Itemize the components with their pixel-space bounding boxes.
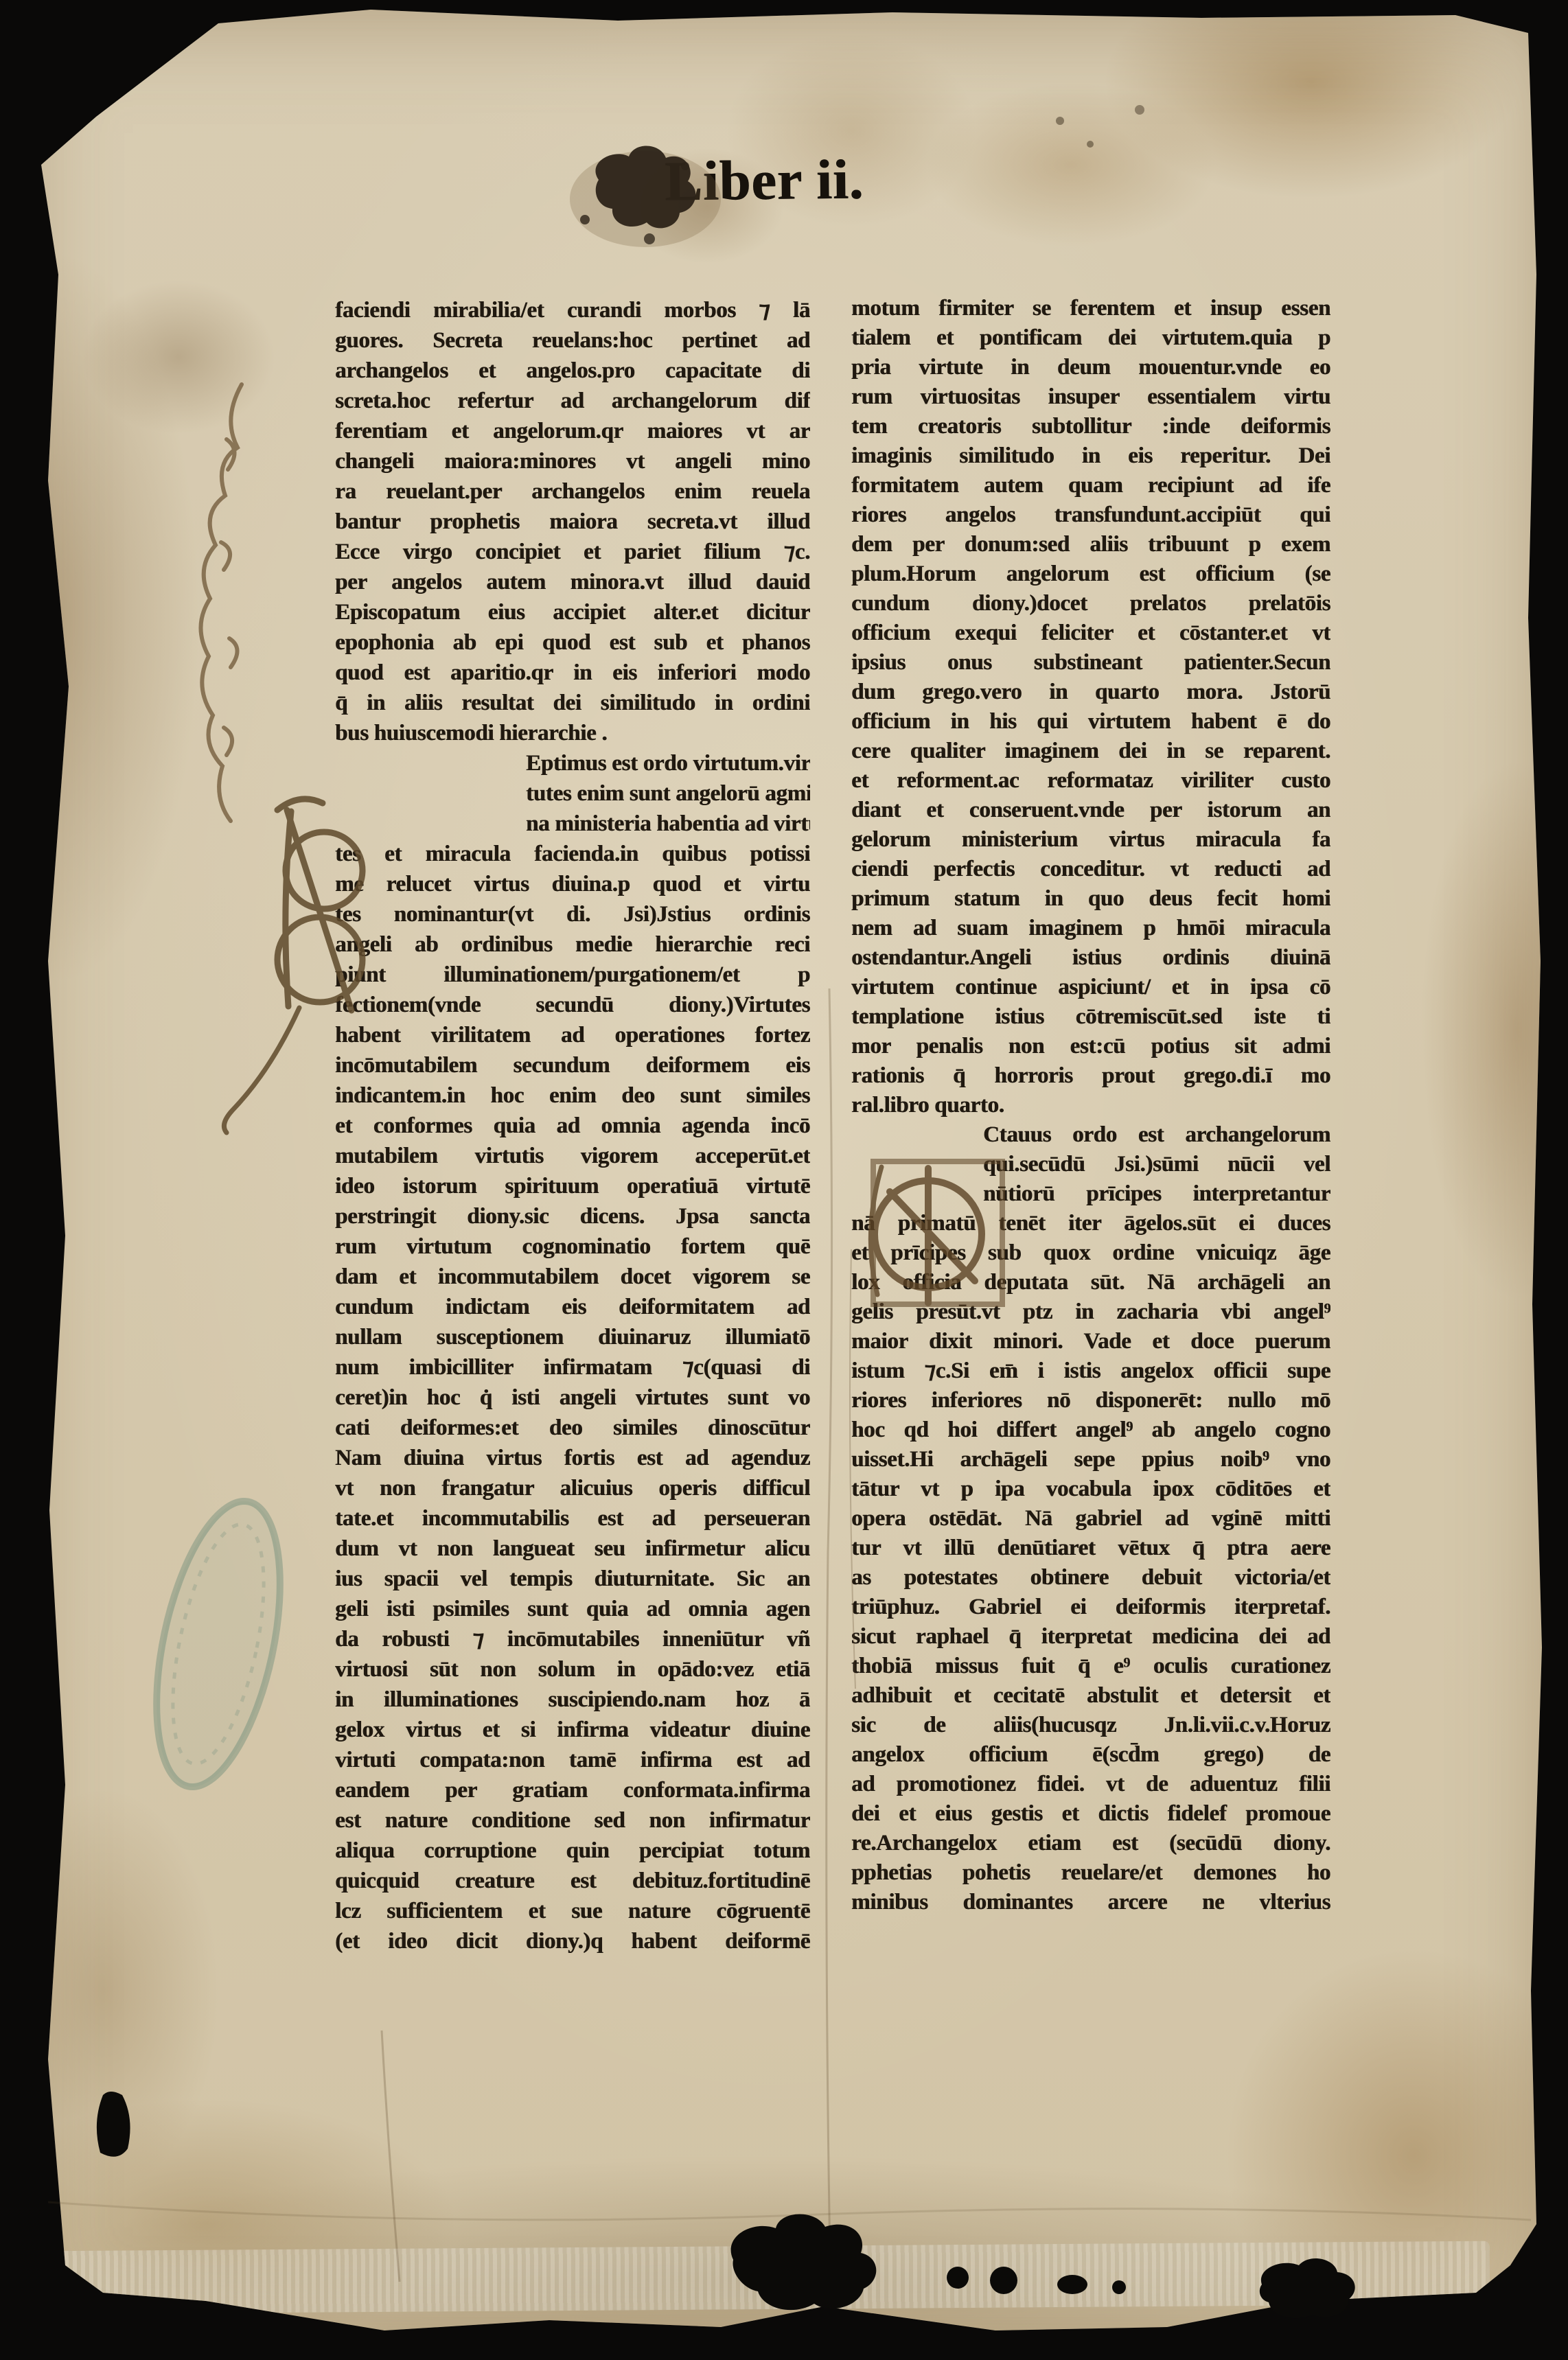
text-line: cundum diony.)docet prelatos prelatōis xyxy=(851,589,1330,618)
text-line: templatione istius cōtremiscūt.sed iste … xyxy=(851,1002,1330,1032)
text-line: na ministeria habentia ad virtu xyxy=(335,809,810,839)
text-line: in illuminationes suscipiendo.nam hoz ā xyxy=(335,1685,810,1715)
text-line: uisset.Hi archāgeli sepe ppius noib⁹ vno xyxy=(851,1445,1330,1474)
text-line: ra reuelant.per archangelos enim reuela xyxy=(335,476,810,507)
text-line: hoc qd hoi differt angel⁹ ab angelo cogn… xyxy=(851,1415,1330,1445)
text-line: eandem per gratiam conformata.infirma xyxy=(335,1775,810,1805)
text-line: ceret)in hoc q̇ isti angeli virtutes sun… xyxy=(335,1383,810,1413)
text-line: tutes enim sunt angelorū agmi xyxy=(335,778,810,809)
text-line: nā primatū tenēt iter āgelos.sūt ei duce… xyxy=(851,1209,1330,1238)
text-line: dei et eius gestis et dictis fidelef pro… xyxy=(851,1799,1330,1829)
text-line: epophonia ab epi quod est sub et phanos xyxy=(335,627,810,658)
text-line: cati deiformes:et deo similes dinoscūtur xyxy=(335,1413,810,1443)
deckle-edge-band xyxy=(48,2241,1490,2315)
text-line: incōmutabilem secundum deiformem eis xyxy=(335,1050,810,1080)
text-line: ciendi perfectis conceditur. vt reducti … xyxy=(851,855,1330,884)
text-column-left: faciendi mirabilia/et curandi morbos ⁊ l… xyxy=(335,295,810,1956)
text-line: tialem et pontificam dei virtutem.quia p xyxy=(851,323,1330,353)
text-line: dum vt non langueat seu infirmetur alicu xyxy=(335,1534,810,1564)
text-line: habent virilitatem ad operationes fortez xyxy=(335,1020,810,1050)
text-line: sicut raphael q̄ iterpretat medicina dei… xyxy=(851,1622,1330,1652)
text-line: aliqua corruptione quin percipiat totum xyxy=(335,1836,810,1866)
text-line: per angelos autem minora.vt illud dauid xyxy=(335,567,810,597)
text-column-right: motum firmiter se ferentem et insup esse… xyxy=(851,294,1330,1917)
text-line: riores angelos transfundunt.accipiūt qui xyxy=(851,500,1330,530)
text-line: mor penalis non est:cū potius sit admi xyxy=(851,1032,1330,1061)
text-line: guores. Secreta reuelans:hoc pertinet ad xyxy=(335,325,810,356)
text-line: gelox virtus et si infirma videatur diui… xyxy=(335,1715,810,1745)
text-line: quicquid creature est debituz.fortitudin… xyxy=(335,1866,810,1896)
text-line: ideo istorum spirituum operatiuā virtutē xyxy=(335,1171,810,1201)
text-line: perstringit diony.sic dicens. Jpsa sanct… xyxy=(335,1201,810,1231)
text-line: adhibuit et cecitatē abstulit et detersi… xyxy=(851,1681,1330,1711)
text-line: opera ostēdāt. Nā gabriel ad vginē mitti xyxy=(851,1504,1330,1534)
text-line: Eptimus est ordo virtutum.vir xyxy=(335,748,810,778)
text-line: est nature conditione sed non infirmatur xyxy=(335,1805,810,1836)
text-line: istum ⁊c.Si em̄ i istis angelox officii … xyxy=(851,1356,1330,1386)
text-line: geli isti psimiles sunt quia ad omnia ag… xyxy=(335,1594,810,1624)
text-line: imaginis similitudo in eis reperitur. De… xyxy=(851,441,1330,471)
text-line: num imbicilliter infirmatam ⁊c(quasi di xyxy=(335,1352,810,1383)
text-line: plum.Horum angelorum est officium (se xyxy=(851,559,1330,589)
text-line: rum virtutum cognominatio fortem quē xyxy=(335,1231,810,1262)
text-line: ferentiam et angelorum.qr maiores vt ar xyxy=(335,416,810,446)
text-line: angelox officium ē(scd̄m grego) de xyxy=(851,1740,1330,1770)
text-line: ius spacii vel tempis diuturnitate. Sic … xyxy=(335,1564,810,1594)
text-line: re.Archangelox etiam est (secūdū diony. xyxy=(851,1829,1330,1858)
text-line: pphetias pohetis reuelare/et demones ho xyxy=(851,1858,1330,1888)
text-line: virtutem continue aspiciunt/ et in ipsa … xyxy=(851,973,1330,1002)
text-line: nūtiorū prīcipes interpretantur xyxy=(851,1179,1330,1209)
text-line: pria virtute in deum mouentur.vnde eo xyxy=(851,353,1330,382)
text-line: changeli maiora:minores vt angeli mino xyxy=(335,446,810,476)
text-line: formitatem autem quam recipiunt ad ife xyxy=(851,471,1330,500)
text-line: bus huiuscemodi hierarchie . xyxy=(335,718,810,748)
text-line: fectionem(vnde secundū diony.)Virtutes xyxy=(335,990,810,1020)
text-line: archangelos et angelos.pro capacitate di xyxy=(335,356,810,386)
text-line: ipsius onus substineant patienter.Secun xyxy=(851,648,1330,678)
text-line: q̄ in aliis resultat dei similitudo in o… xyxy=(335,688,810,718)
text-line: diant et conseruent.vnde per istorum an xyxy=(851,796,1330,825)
text-line: qui.secūdū Jsi.)sūmi nūcii vel xyxy=(851,1150,1330,1179)
text-line: vt non frangatur alicuius operis difficu… xyxy=(335,1473,810,1503)
text-line: riores inferiores nō disponerēt: nullo m… xyxy=(851,1386,1330,1415)
text-line: dam et incommutabilem docet vigorem se xyxy=(335,1262,810,1292)
text-line: ad promotionez fidei. vt de aduentuz fil… xyxy=(851,1770,1330,1799)
text-line: nullam susceptionem diuinaruz illumiatō xyxy=(335,1322,810,1352)
text-line: motum firmiter se ferentem et insup esse… xyxy=(851,294,1330,323)
text-line: tes nominantur(vt di. Jsi)Jstius ordinis xyxy=(335,899,810,929)
text-line: virtuti compata:non tamē infirma est ad xyxy=(335,1745,810,1775)
text-line: tes et miracula facienda.in quibus potis… xyxy=(335,839,810,869)
text-line: mutabilem virtutis vigorem acceperūt.et xyxy=(335,1141,810,1171)
text-line: triūphuz. Gabriel ei deiformis iterpreta… xyxy=(851,1593,1330,1622)
text-line: tātur vt p ipa vocabula ipox cōditōes et xyxy=(851,1474,1330,1504)
text-line: rationis q̄ horroris prout grego.di.ī mo xyxy=(851,1061,1330,1091)
text-line: faciendi mirabilia/et curandi morbos ⁊ l… xyxy=(335,295,810,325)
text-line: quod est aparitio.qr in eis inferiori mo… xyxy=(335,658,810,688)
text-line: officium in his qui virtutem habent ē do xyxy=(851,707,1330,737)
photograph-background: Liber ii. faciendi mirabilia/et curandi … xyxy=(0,0,1568,2360)
text-line: officium exequi feliciter et cōstanter.e… xyxy=(851,618,1330,648)
text-line: Ctauus ordo est archangelorum xyxy=(851,1120,1330,1150)
text-line: tate.et incommutabilis est ad perseueran xyxy=(335,1503,810,1534)
running-title: Liber ii. xyxy=(665,147,864,213)
text-line: tur vt illū denūtiaret vētux q̄ ptra aer… xyxy=(851,1534,1330,1563)
text-line: lox officia deputata sūt. Nā archāgeli a… xyxy=(851,1268,1330,1297)
text-line: (et ideo dicit diony.)q habent deiformē xyxy=(335,1926,810,1956)
text-line: dem per donum:sed aliis tribuunt p exem xyxy=(851,530,1330,559)
text-line: Nam diuina virtus fortis est ad agenduz xyxy=(335,1443,810,1473)
text-line: sic de aliis(hucusqz Jn.li.vii.c.v.Horuz xyxy=(851,1711,1330,1740)
text-line: rum virtuositas insuper essentialem virt… xyxy=(851,382,1330,412)
text-line: screta.hoc refertur ad archangelorum dif xyxy=(335,386,810,416)
text-line: thobiā missus fuit q̄ e⁹ oculis curation… xyxy=(851,1652,1330,1681)
text-line: cere qualiter imaginem dei in se reparen… xyxy=(851,737,1330,766)
text-line: gelorum ministerium virtus miracula fa xyxy=(851,825,1330,855)
text-line: lcz sufficientem et sue nature cōgruentē xyxy=(335,1896,810,1926)
text-line: et reforment.ac reformataz viriliter cus… xyxy=(851,766,1330,796)
text-line: da robusti ⁊ incōmutabiles inneniūtur vñ xyxy=(335,1624,810,1654)
text-line: et prīcipes sub quox ordine vnicuiqz āge xyxy=(851,1238,1330,1268)
text-line: as potestates obtinere debuit victoria/e… xyxy=(851,1563,1330,1593)
text-line: cundum indictam eis deiformitatem ad xyxy=(335,1292,810,1322)
text-line: Episcopatum eius accipiet alter.et dicit… xyxy=(335,597,810,627)
text-line: dum grego.vero in quarto mora. Jstorū xyxy=(851,678,1330,707)
text-line: minibus dominantes arcere ne vlterius xyxy=(851,1888,1330,1917)
text-line: piunt illuminationem/purgationem/et p xyxy=(335,960,810,990)
text-line: indicantem.in hoc enim deo sunt similes xyxy=(335,1080,810,1111)
book-page: Liber ii. faciendi mirabilia/et curandi … xyxy=(0,0,1568,2360)
text-line: gelis presūt.vt ptz in zacharia vbi ange… xyxy=(851,1297,1330,1327)
text-line: virtuosi sūt non solum in opādo:vez etiā xyxy=(335,1654,810,1685)
text-line: Ecce virgo concipiet et pariet filium ⁊c… xyxy=(335,537,810,567)
text-line: ral.libro quarto. xyxy=(851,1091,1330,1120)
text-line: primum statum in quo deus fecit homi xyxy=(851,884,1330,914)
text-line: angeli ab ordinibus medie hierarchie rec… xyxy=(335,929,810,960)
text-line: maior dixit minori. Vade et doce puerum xyxy=(851,1327,1330,1356)
text-line: nem ad suam imaginem p hmōi miracula xyxy=(851,914,1330,943)
text-line: tem creatoris subtollitur :inde deiformi… xyxy=(851,412,1330,441)
text-line: ostendantur.Angeli istius ordinis diuinā xyxy=(851,943,1330,973)
text-line: et conformes quia ad omnia agenda incō xyxy=(335,1111,810,1141)
text-line: me relucet virtus diuina.p quod et virtu xyxy=(335,869,810,899)
text-line: bantur prophetis maiora secreta.vt illud xyxy=(335,507,810,537)
